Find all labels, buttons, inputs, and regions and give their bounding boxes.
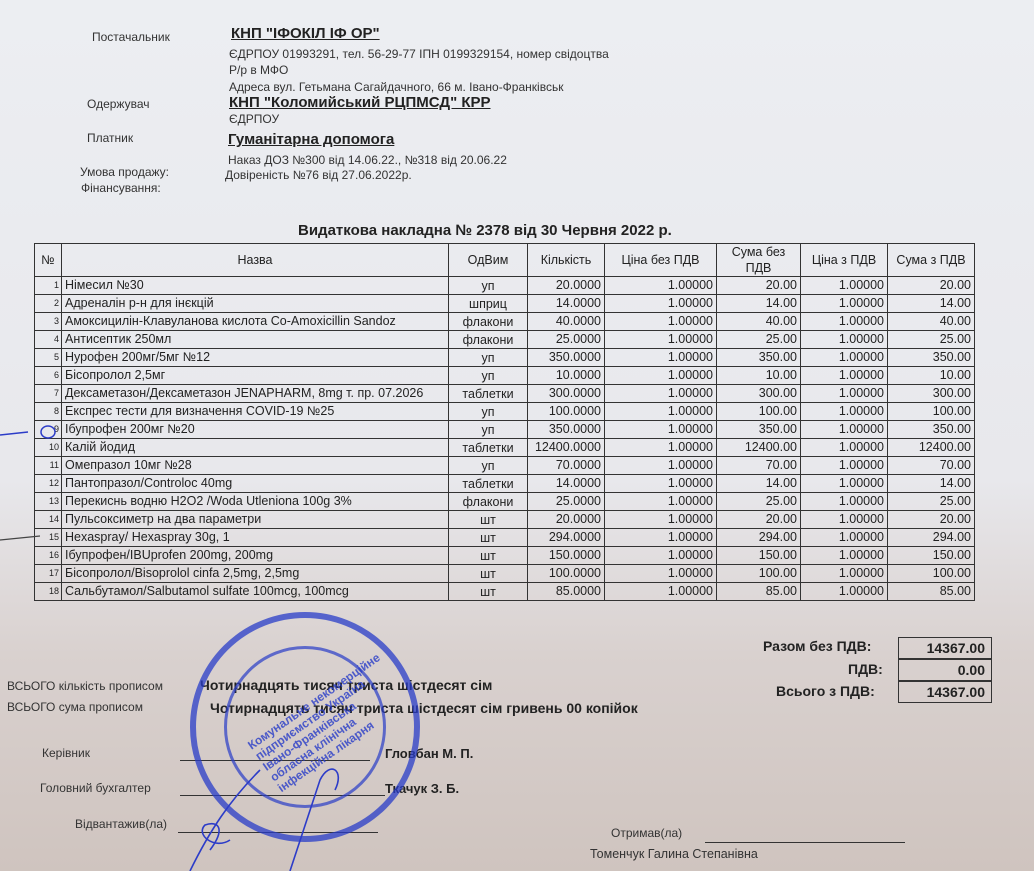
row-number: 3 (35, 313, 62, 331)
recipient-details: ЄДРПОУ (229, 112, 279, 126)
row-number: 12 (35, 475, 62, 493)
item-price: 1.00000 (605, 403, 717, 421)
document-title: Видаткова накладна № 2378 від 30 Червня … (298, 222, 672, 239)
item-sum-vat: 10.00 (888, 367, 975, 385)
col-no: № (35, 244, 62, 277)
item-price-vat: 1.00000 (801, 331, 888, 349)
table-row: 1Німесил №30уп20.00001.0000020.001.00000… (35, 277, 975, 295)
item-name: Hexaspray/ Hexaspray 30g, 1 (62, 529, 449, 547)
item-name: Адреналін р-н для інєкцій (62, 295, 449, 313)
row-number: 14 (35, 511, 62, 529)
item-qty: 10.0000 (528, 367, 605, 385)
item-price: 1.00000 (605, 349, 717, 367)
col-sum: Сума без ПДВ (717, 244, 801, 277)
item-sum-vat: 100.00 (888, 403, 975, 421)
item-price-vat: 1.00000 (801, 457, 888, 475)
item-name: Бісопролол 2,5мг (62, 367, 449, 385)
item-qty: 150.0000 (528, 547, 605, 565)
item-unit: уп (449, 403, 528, 421)
item-price-vat: 1.00000 (801, 475, 888, 493)
item-price-vat: 1.00000 (801, 565, 888, 583)
item-qty: 300.0000 (528, 385, 605, 403)
item-price: 1.00000 (605, 313, 717, 331)
recipient-name: КНП "Коломийський РЦПМСД" КРР (229, 94, 491, 111)
col-price: Ціна без ПДВ (605, 244, 717, 277)
row-number: 5 (35, 349, 62, 367)
shipped-label: Відвантажив(ла) (75, 817, 167, 831)
item-unit: таблетки (449, 439, 528, 457)
col-name: Назва (62, 244, 449, 277)
financing-label: Фінансування: (81, 181, 161, 195)
payer-name: Гуманітарна допомога (228, 131, 394, 148)
item-sum-vat: 20.00 (888, 511, 975, 529)
item-qty: 70.0000 (528, 457, 605, 475)
item-sum-vat: 300.00 (888, 385, 975, 403)
item-price: 1.00000 (605, 295, 717, 313)
item-sum: 150.00 (717, 547, 801, 565)
table-row: 16Ібупрофен/IBUprofen 200mg, 200mgшт150.… (35, 547, 975, 565)
item-price: 1.00000 (605, 529, 717, 547)
item-qty: 25.0000 (528, 493, 605, 511)
item-price: 1.00000 (605, 475, 717, 493)
item-qty: 100.0000 (528, 565, 605, 583)
table-row: 4Антисептик 250млфлакони25.00001.0000025… (35, 331, 975, 349)
item-unit: шт (449, 511, 528, 529)
supplier-label: Постачальник (92, 30, 170, 44)
item-name: Омепразол 10мг №28 (62, 457, 449, 475)
item-qty: 20.0000 (528, 277, 605, 295)
table-row: 17Бісопролол/Bisoprolol cinfa 2,5mg, 2,5… (35, 565, 975, 583)
item-qty: 350.0000 (528, 349, 605, 367)
item-name: Ібупрофен/IBUprofen 200mg, 200mg (62, 547, 449, 565)
item-sum-vat: 350.00 (888, 421, 975, 439)
item-sum: 85.00 (717, 583, 801, 601)
item-price-vat: 1.00000 (801, 349, 888, 367)
item-sum-vat: 20.00 (888, 277, 975, 295)
item-price-vat: 1.00000 (801, 583, 888, 601)
item-price: 1.00000 (605, 511, 717, 529)
item-price-vat: 1.00000 (801, 403, 888, 421)
item-name: Дексаметазон/Дексаметазон JENAPHARM, 8mg… (62, 385, 449, 403)
item-sum: 350.00 (717, 421, 801, 439)
row-number: 18 (35, 583, 62, 601)
qty-words-value: Чотирнадцять тисяч триста шістдесят сім (200, 677, 492, 693)
director-name: Гловбан М. П. (385, 746, 473, 761)
table-row: 8Експрес тести для визначення COVID-19 №… (35, 403, 975, 421)
item-price-vat: 1.00000 (801, 277, 888, 295)
item-name: Антисептик 250мл (62, 331, 449, 349)
supplier-details-2: Р/р в МФО (229, 63, 288, 77)
item-unit: шт (449, 547, 528, 565)
vat-value: 0.00 (898, 659, 992, 681)
row-number: 11 (35, 457, 62, 475)
table-row: 7Дексаметазон/Дексаметазон JENAPHARM, 8m… (35, 385, 975, 403)
item-qty: 350.0000 (528, 421, 605, 439)
table-row: 15Hexaspray/ Hexaspray 30g, 1шт294.00001… (35, 529, 975, 547)
row-number: 6 (35, 367, 62, 385)
director-sign-line (180, 760, 370, 761)
item-sum: 20.00 (717, 511, 801, 529)
qty-words-label: ВСЬОГО кількість прописом (7, 679, 163, 693)
item-price-vat: 1.00000 (801, 493, 888, 511)
item-unit: уп (449, 277, 528, 295)
item-price-vat: 1.00000 (801, 439, 888, 457)
row-number: 4 (35, 331, 62, 349)
table-row: 10Калій йодидтаблетки12400.00001.0000012… (35, 439, 975, 457)
sum-words-value: Чотирнадцять тисяч триста шістдесят сім … (210, 700, 638, 716)
item-qty: 14.0000 (528, 295, 605, 313)
item-qty: 12400.0000 (528, 439, 605, 457)
row-number: 17 (35, 565, 62, 583)
item-price-vat: 1.00000 (801, 385, 888, 403)
item-sum-vat: 12400.00 (888, 439, 975, 457)
supplier-details-3: Адреса вул. Гетьмана Сагайдачного, 66 м.… (229, 80, 563, 94)
item-unit: таблетки (449, 475, 528, 493)
item-name: Нурофен 200мг/5мг №12 (62, 349, 449, 367)
item-price: 1.00000 (605, 367, 717, 385)
col-qty: Кількість (528, 244, 605, 277)
item-sum-vat: 14.00 (888, 295, 975, 313)
col-price-vat: Ціна з ПДВ (801, 244, 888, 277)
payer-label: Платник (87, 131, 133, 145)
item-price-vat: 1.00000 (801, 529, 888, 547)
row-number: 10 (35, 439, 62, 457)
item-sum: 100.00 (717, 565, 801, 583)
item-name: Німесил №30 (62, 277, 449, 295)
received-label: Отримав(ла) (611, 826, 682, 840)
item-price: 1.00000 (605, 385, 717, 403)
item-price-vat: 1.00000 (801, 367, 888, 385)
item-sum: 12400.00 (717, 439, 801, 457)
item-sum: 14.00 (717, 475, 801, 493)
item-sum: 70.00 (717, 457, 801, 475)
table-row: 6Бісопролол 2,5мгуп10.00001.0000010.001.… (35, 367, 975, 385)
item-name: Пульсоксиметр на два параметри (62, 511, 449, 529)
item-unit: уп (449, 367, 528, 385)
item-price: 1.00000 (605, 565, 717, 583)
received-sign-line (705, 842, 905, 843)
item-unit: уп (449, 349, 528, 367)
item-unit: шприц (449, 295, 528, 313)
table-row: 11Омепразол 10мг №28уп70.00001.0000070.0… (35, 457, 975, 475)
official-stamp (190, 612, 420, 842)
item-sum: 10.00 (717, 367, 801, 385)
item-unit: флакони (449, 331, 528, 349)
table-row: 3Амоксицилін-Клавуланова кислота Co-Amox… (35, 313, 975, 331)
item-price-vat: 1.00000 (801, 295, 888, 313)
item-sum-vat: 14.00 (888, 475, 975, 493)
supplier-name: КНП "ІФОКІЛ ІФ ОР" (231, 25, 380, 42)
subtotal-value: 14367.00 (898, 637, 992, 659)
table-row: 12Пантопразол/Controloc 40mgтаблетки14.0… (35, 475, 975, 493)
item-sum: 100.00 (717, 403, 801, 421)
stamp-text: Комунальне некомерційне підприємство Укр… (246, 650, 414, 795)
item-sum-vat: 40.00 (888, 313, 975, 331)
subtotal-label: Разом без ПДВ: (763, 638, 871, 654)
item-price: 1.00000 (605, 331, 717, 349)
item-sum: 350.00 (717, 349, 801, 367)
order-line: Наказ ДОЗ №300 від 14.06.22., №318 від 2… (228, 153, 507, 167)
item-name: Перекиснь водню H2O2 /Woda Utleniona 100… (62, 493, 449, 511)
item-name: Амоксицилін-Клавуланова кислота Co-Amoxi… (62, 313, 449, 331)
item-name: Експрес тести для визначення COVID-19 №2… (62, 403, 449, 421)
item-sum-vat: 25.00 (888, 331, 975, 349)
item-qty: 20.0000 (528, 511, 605, 529)
item-qty: 40.0000 (528, 313, 605, 331)
item-sum-vat: 100.00 (888, 565, 975, 583)
table-row: 18Сальбутамол/Salbutamol sulfate 100mcg,… (35, 583, 975, 601)
table-header-row: № Назва ОдВим Кількість Ціна без ПДВ Сум… (35, 244, 975, 277)
row-number: 9 (35, 421, 62, 439)
row-number: 15 (35, 529, 62, 547)
item-qty: 25.0000 (528, 331, 605, 349)
item-sum: 25.00 (717, 493, 801, 511)
item-sum-vat: 294.00 (888, 529, 975, 547)
row-number: 2 (35, 295, 62, 313)
vat-label: ПДВ: (848, 661, 883, 677)
item-name: Пантопразол/Controloc 40mg (62, 475, 449, 493)
item-sum: 25.00 (717, 331, 801, 349)
item-unit: флакони (449, 493, 528, 511)
item-sum: 294.00 (717, 529, 801, 547)
item-name: Сальбутамол/Salbutamol sulfate 100mcg, 1… (62, 583, 449, 601)
item-unit: флакони (449, 313, 528, 331)
item-qty: 14.0000 (528, 475, 605, 493)
row-number: 13 (35, 493, 62, 511)
col-unit: ОдВим (449, 244, 528, 277)
shipped-sign-line (178, 832, 378, 833)
row-number: 7 (35, 385, 62, 403)
item-sum-vat: 25.00 (888, 493, 975, 511)
terms-label: Умова продажу: (80, 165, 169, 179)
item-price-vat: 1.00000 (801, 313, 888, 331)
row-number: 16 (35, 547, 62, 565)
item-price: 1.00000 (605, 439, 717, 457)
item-name: Ібупрофен 200мг №20 (62, 421, 449, 439)
total-value: 14367.00 (898, 681, 992, 703)
received-name: Томенчук Галина Степанівна (590, 847, 758, 861)
terms-value: Довіреність №76 від 27.06.2022р. (225, 168, 412, 182)
item-name: Бісопролол/Bisoprolol cinfa 2,5mg, 2,5mg (62, 565, 449, 583)
item-unit: шт (449, 565, 528, 583)
item-unit: уп (449, 421, 528, 439)
item-price: 1.00000 (605, 583, 717, 601)
accountant-name: Ткачук З. Б. (385, 781, 459, 796)
item-price: 1.00000 (605, 547, 717, 565)
item-price: 1.00000 (605, 277, 717, 295)
item-price-vat: 1.00000 (801, 511, 888, 529)
item-sum-vat: 150.00 (888, 547, 975, 565)
row-number: 1 (35, 277, 62, 295)
item-qty: 100.0000 (528, 403, 605, 421)
director-label: Керівник (42, 746, 90, 760)
item-sum: 20.00 (717, 277, 801, 295)
item-sum-vat: 85.00 (888, 583, 975, 601)
item-sum-vat: 70.00 (888, 457, 975, 475)
item-unit: шт (449, 583, 528, 601)
table-row: 9Ібупрофен 200мг №20уп350.00001.00000350… (35, 421, 975, 439)
table-row: 2Адреналін р-н для інєкційшприц14.00001.… (35, 295, 975, 313)
item-unit: шт (449, 529, 528, 547)
item-name: Калій йодид (62, 439, 449, 457)
item-sum: 14.00 (717, 295, 801, 313)
col-sum-vat: Сума з ПДВ (888, 244, 975, 277)
item-price: 1.00000 (605, 421, 717, 439)
table-row: 13Перекиснь водню H2O2 /Woda Utleniona 1… (35, 493, 975, 511)
sum-words-label: ВСЬОГО сума прописом (7, 700, 143, 714)
total-label: Всього з ПДВ: (776, 683, 875, 699)
item-price: 1.00000 (605, 457, 717, 475)
item-sum: 300.00 (717, 385, 801, 403)
table-row: 5Нурофен 200мг/5мг №12уп350.00001.000003… (35, 349, 975, 367)
table-row: 14Пульсоксиметр на два параметришт20.000… (35, 511, 975, 529)
item-qty: 85.0000 (528, 583, 605, 601)
item-sum: 40.00 (717, 313, 801, 331)
item-price-vat: 1.00000 (801, 547, 888, 565)
item-qty: 294.0000 (528, 529, 605, 547)
row-number: 8 (35, 403, 62, 421)
invoice-table: № Назва ОдВим Кількість Ціна без ПДВ Сум… (34, 243, 975, 601)
item-sum-vat: 350.00 (888, 349, 975, 367)
item-price-vat: 1.00000 (801, 421, 888, 439)
supplier-details-1: ЄДРПОУ 01993291, тел. 56-29-77 ІПН 01993… (229, 47, 609, 61)
item-unit: таблетки (449, 385, 528, 403)
accountant-label: Головний бухгалтер (40, 781, 151, 795)
recipient-label: Одержувач (87, 97, 149, 111)
item-price: 1.00000 (605, 493, 717, 511)
accountant-sign-line (180, 795, 385, 796)
item-unit: уп (449, 457, 528, 475)
